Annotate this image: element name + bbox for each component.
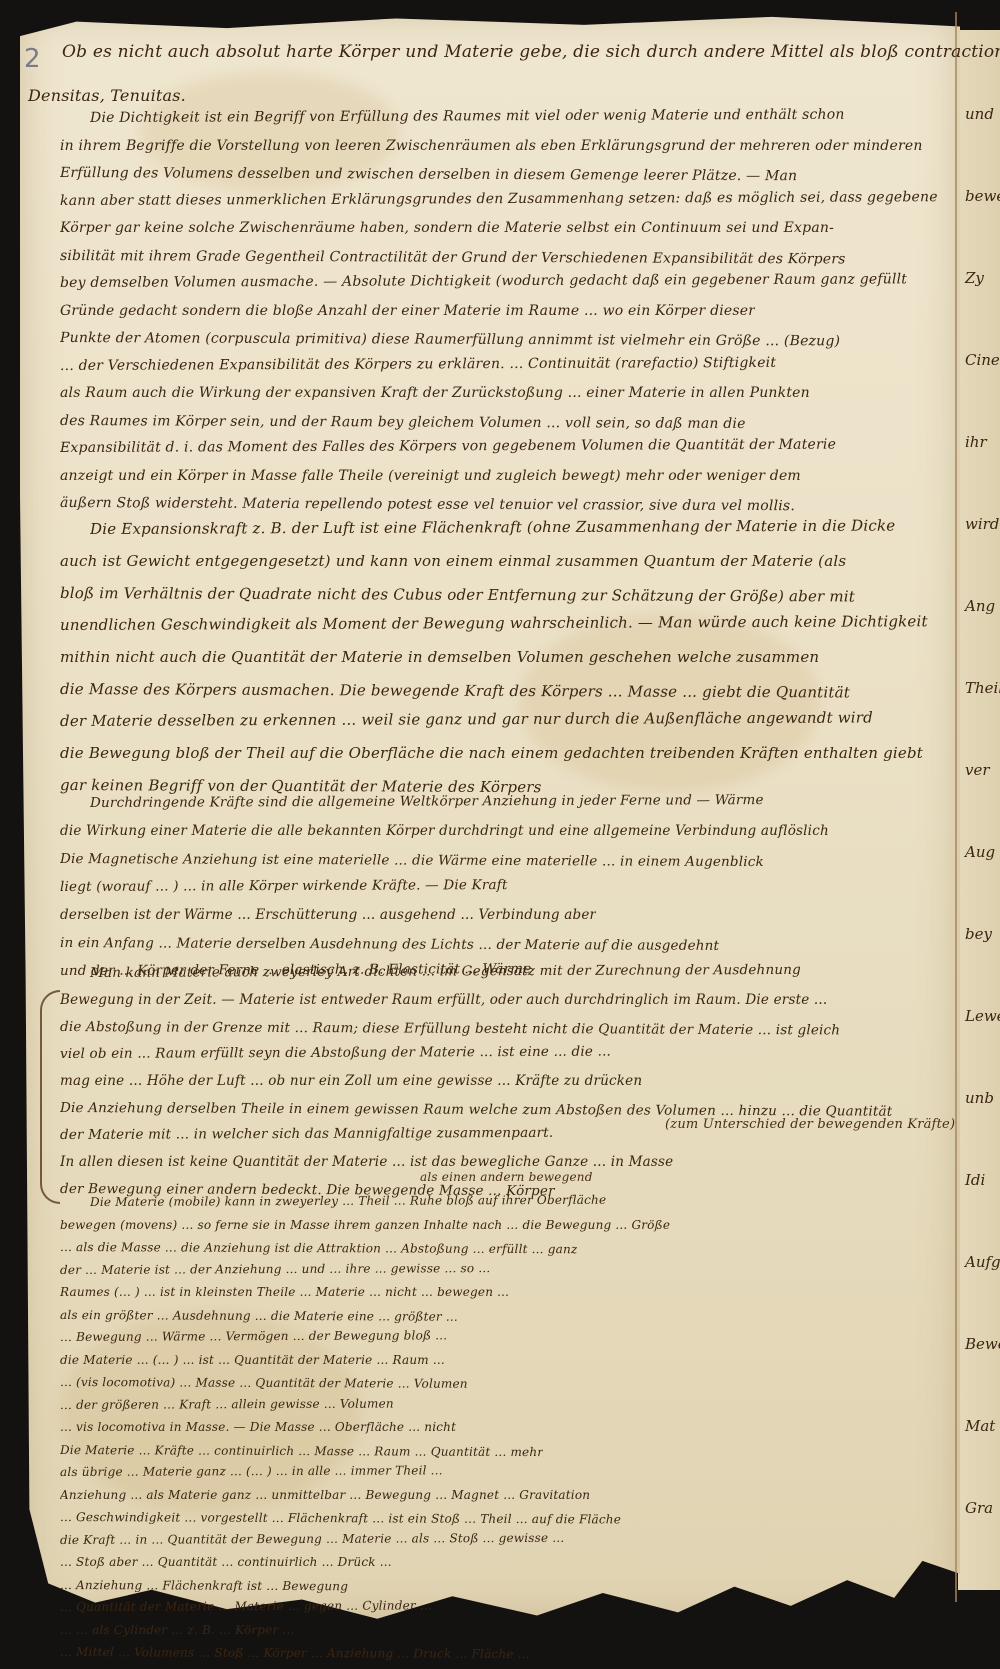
manuscript-line: ... Quantität der Materie ... Materie ..… (60, 1598, 432, 1614)
manuscript-line: Die Dichtigkeit ist ein Begriff von Erfü… (90, 107, 845, 126)
manuscript-line: auch ist Gewicht entgegengesetzt) und ka… (60, 552, 846, 570)
manuscript-line: Durchdringende Kräfte sind die allgemein… (90, 792, 764, 811)
adjacent-page-edge (958, 30, 1000, 1590)
adjacent-page-fragment: Mat (965, 1417, 995, 1435)
adjacent-page-fragment: Idi (965, 1171, 985, 1189)
adjacent-page-fragment: Cinen (965, 351, 1000, 369)
adjacent-page-fragment: Ang (965, 597, 995, 615)
manuscript-line: ... der größeren ... Kraft ... allein ge… (60, 1396, 394, 1411)
adjacent-page-fragment: Theil (965, 679, 1000, 697)
manuscript-line: ... Stoß aber ... Quantität ... continui… (60, 1555, 392, 1569)
manuscript-line: Bewegung in der Zeit. — Materie ist entw… (60, 992, 827, 1008)
margin-heading: Densitas, Tenuitas. (28, 86, 186, 105)
manuscript-line: viel ob ein ... Raum erfüllt seyn die Ab… (60, 1044, 611, 1062)
manuscript-line: als ein größter ... Ausdehnung ... die M… (60, 1308, 458, 1324)
manuscript-line: als übrige ... Materie ganz ... (... ) .… (60, 1463, 443, 1479)
manuscript-line: sibilität mit ihrem Grade Gegentheil Con… (60, 248, 846, 267)
manuscript-line: anzeigt und ein Körper in Masse falle Th… (60, 468, 801, 484)
manuscript-line: Die Materie (mobile) kann in zweyerley .… (90, 1193, 606, 1209)
adjacent-page-fragment: ver (965, 761, 990, 779)
manuscript-line: Expansibilität d. i. das Moment des Fall… (60, 437, 836, 456)
manuscript-line: derselben ist der Wärme ... Erschütterun… (60, 907, 596, 923)
manuscript-line: In allen diesen ist keine Quantität der … (60, 1154, 673, 1170)
manuscript-line: Anziehung ... als Materie ganz ... unmit… (60, 1488, 590, 1502)
page-fold-line (955, 12, 957, 1602)
manuscript-line: ... vis locomotiva in Masse. — Die Masse… (60, 1420, 456, 1434)
margin-note-right: (zum Unterschied der bewegenden Kräfte) (665, 1117, 955, 1132)
manuscript-line: ... ... als Cylinder ... z. B. ... Körpe… (60, 1623, 294, 1637)
adjacent-page-fragment: Bewe (965, 1335, 1000, 1353)
manuscript-line: ... der Verschiedenen Expansibilität des… (60, 354, 776, 373)
manuscript-line: ... Geschwindigkeit ... vorgestellt ... … (60, 1510, 621, 1526)
manuscript-line: in ihrem Begriffe die Vorstellung von le… (60, 138, 923, 154)
manuscript-line: Punkte der Atomen (corpuscula primitiva)… (60, 330, 840, 349)
adjacent-page-fragment: Aug (965, 843, 995, 861)
manuscript-line: ... als die Masse ... die Anziehung ist … (60, 1240, 577, 1256)
manuscript-line: die Abstoßung in der Grenze mit ... Raum… (60, 1019, 840, 1038)
manuscript-line: Gründe gedacht sondern die bloße Anzahl … (60, 303, 755, 319)
page-number: 2 (24, 44, 41, 74)
manuscript-line: der Materie desselben zu erkennen ... we… (60, 708, 873, 730)
manuscript-line: die Materie ... (... ) ... ist ... Quant… (60, 1353, 445, 1367)
manuscript-line: bloß im Verhältnis der Quadrate nicht de… (60, 584, 855, 605)
manuscript-line: Raumes (... ) ... ist in kleinsten Theil… (60, 1285, 509, 1299)
manuscript-line: die Masse des Körpers ausmachen. Die bew… (60, 680, 850, 701)
adjacent-page-fragment: Lewe (965, 1007, 1000, 1025)
manuscript-line: liegt (worauf ... ) ... in alle Körper w… (60, 877, 508, 895)
manuscript-line: kann aber statt dieses unmerklichen Erkl… (60, 189, 938, 209)
adjacent-page-fragment: und (965, 105, 994, 123)
interlinear-annotation: als einen andern bewegend (420, 1170, 593, 1184)
manuscript-line: in ein Anfang ... Materie derselben Ausd… (60, 935, 719, 954)
adjacent-page-fragment: bewe (965, 187, 1000, 205)
header-line: Ob es nicht auch absolut harte Körper un… (62, 42, 1000, 62)
manuscript-line: Die Materie ... Kräfte ... continuirlich… (60, 1443, 543, 1459)
adjacent-page-fragment: bey (965, 925, 992, 943)
manuscript-line: ... Bewegung ... Wärme ... Vermögen ... … (60, 1328, 447, 1344)
adjacent-page-fragment: unb (965, 1089, 994, 1107)
manuscript-line: unendlichen Geschwindigkeit als Moment d… (60, 612, 928, 634)
manuscript-line: mithin nicht auch die Quantität der Mate… (60, 648, 819, 666)
manuscript-line: mag eine ... Höhe der Luft ... ob nur ei… (60, 1073, 642, 1089)
manuscript-line: als Raum auch die Wirkung der expansiven… (60, 385, 810, 401)
manuscript-line: Erfüllung des Volumens desselben und zwi… (60, 165, 797, 184)
margin-bracket (40, 990, 60, 1204)
manuscript-line: die Wirkung einer Materie die alle bekan… (60, 823, 829, 839)
manuscript-line: ... Mittel ... Volumens ... Stoß ... Kör… (60, 1645, 530, 1661)
adjacent-page-fragment: ihr (965, 433, 987, 451)
adjacent-page-fragment: Aufga (965, 1253, 1000, 1271)
manuscript-line: der ... Materie ist ... der Anziehung ..… (60, 1261, 490, 1277)
manuscript-line: die Kraft ... in ... Quantität der Beweg… (60, 1530, 564, 1546)
manuscript-line: Die Expansionskraft z. B. der Luft ist e… (90, 516, 895, 538)
manuscript-line: bewegen (movens) ... so ferne sie in Mas… (60, 1218, 670, 1232)
adjacent-page-fragment: Gra (965, 1499, 993, 1517)
adjacent-page-fragment: wird (965, 515, 999, 533)
manuscript-line: äußern Stoß widersteht. Materia repellen… (60, 495, 795, 514)
manuscript-line: der Materie mit ... in welcher sich das … (60, 1125, 553, 1143)
manuscript-line: die Bewegung bloß der Theil auf die Ober… (60, 744, 923, 762)
manuscript-line: ... (vis locomotiva) ... Masse ... Quant… (60, 1375, 468, 1391)
manuscript-line: ... Anziehung ... Flächenkraft ist ... B… (60, 1578, 348, 1593)
adjacent-page-fragment: Zy (965, 269, 984, 287)
manuscript-line: Die Magnetische Anziehung ist eine mater… (60, 851, 764, 870)
manuscript-line: Körper gar keine solche Zwischenräume ha… (60, 220, 834, 236)
manuscript-line: des Raumes im Körper sein, und der Raum … (60, 413, 746, 432)
manuscript-line: Man kann Materie auch zweyerley Art dich… (90, 962, 801, 981)
